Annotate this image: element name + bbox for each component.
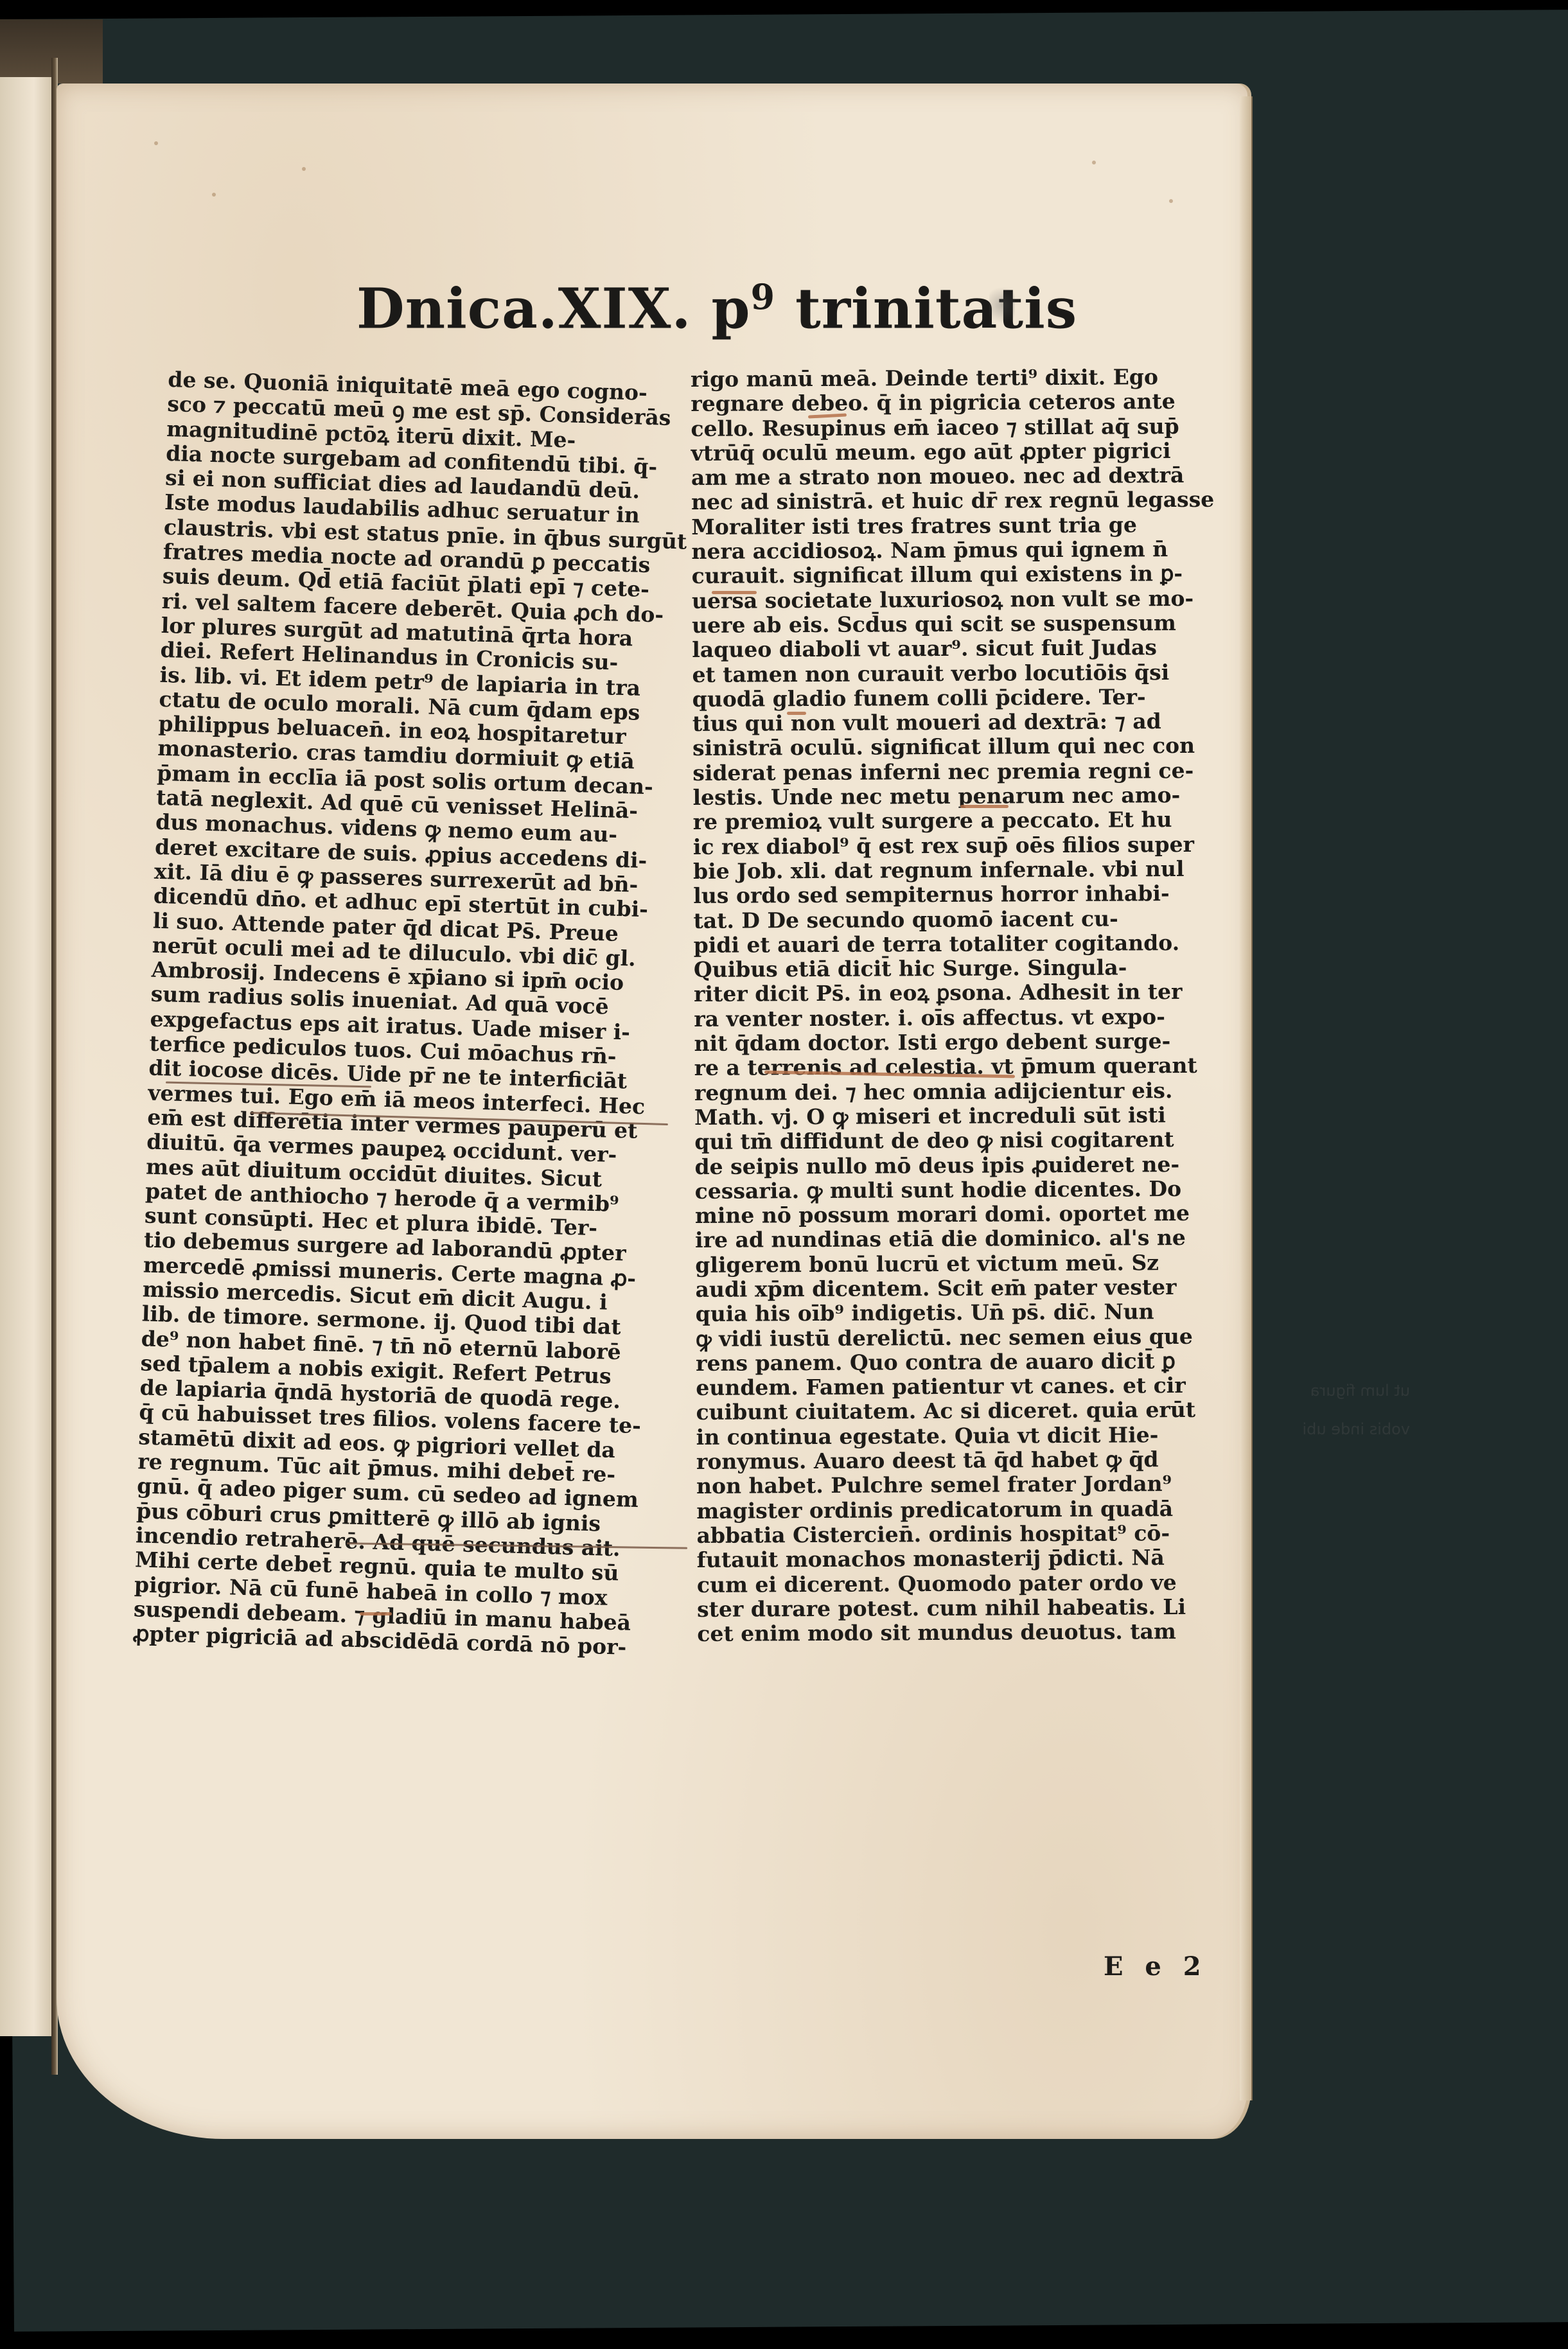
text-line: rigo manū meā. Deinde terti⁹ dixit. Ego	[691, 365, 1217, 392]
text-line: uere ab eis. Scd̄us qui scit se suspensu…	[692, 611, 1219, 638]
text-line: ronymus. Auaro deest tā q̄d habet ꝙ q̄d	[696, 1447, 1223, 1475]
text-line: tat. D De secundo quomō iacent cu-	[693, 906, 1220, 933]
text-line: audi xp̄m dicentem. Scit em̄ pater veste…	[695, 1275, 1222, 1303]
text-line: cuibunt ciuitatem. Ac si diceret. quia e…	[696, 1398, 1222, 1425]
foxing-spot	[212, 193, 216, 197]
foxing-spot	[1169, 199, 1173, 203]
text-line: ic rex diabol⁹ q̄ est rex sup̄ oēs filio…	[693, 832, 1220, 859]
text-line: quia his oīb⁹ indigetis. Un̄ ps̄. dic̄. …	[696, 1299, 1222, 1327]
text-line: lus ordo sed sempiternus horror inhabi-	[693, 881, 1220, 909]
foxing-spot	[154, 141, 158, 145]
text-line: Quibus etiā dicit̄ hic Surge. Singula-	[694, 955, 1220, 983]
text-line: am me a strato non moueo. nec ad dextrā	[691, 463, 1218, 491]
text-line: de seipis nullo mō deus ipis ꝓuideret ne…	[694, 1152, 1221, 1179]
text-line: pidi et auari de terra totaliter cogitan…	[694, 931, 1220, 958]
text-column-right: rigo manū meā. Deinde terti⁹ dixit. Egor…	[691, 365, 1224, 1647]
show-through-line: vobis inde ubi	[1243, 1410, 1410, 1448]
text-line: laqueo diaboli vt auar⁹. sicut fuit Juda…	[692, 635, 1219, 663]
text-line: nera accidiosoꝝ. Nam p̄mus qui ignem n̄	[691, 537, 1218, 565]
text-line: Moraliter isti tres fratres sunt tria ge	[691, 512, 1218, 540]
text-line: et tamen non curauit verbo locutiōis q̄s…	[692, 660, 1219, 687]
rubrication-mark	[960, 805, 1009, 808]
text-line: sinistrā oculū. significat illum qui nec…	[692, 734, 1219, 761]
rubrication-mark	[787, 712, 806, 715]
text-line: uersa societate luxuriosoꝝ non vult se m…	[692, 586, 1219, 613]
text-line: ra venter noster. i. oīs affectus. vt ex…	[694, 1004, 1220, 1032]
page-fore-edge	[1240, 96, 1253, 2100]
text-line: siderat penas inferni nec premia regni c…	[692, 758, 1219, 786]
text-line: regnum dei. ⁊ hec omnia adijcientur eis.	[694, 1078, 1221, 1105]
text-line: quodā gladio funem colli p̄cidere. Ter-	[692, 685, 1219, 712]
running-title: Dnica.XIX. p	[357, 277, 751, 342]
text-line: ꝙ vidi iustū derelictū. nec semen eius q…	[696, 1324, 1222, 1351]
text-line: abbatia Cistercien̄. ordinis hospitat⁹ c…	[696, 1521, 1223, 1549]
text-line: lestis. Unde nec metu penarum nec amo-	[692, 783, 1219, 811]
text-line: gligerem bonū lucrū et victum meū. Sz	[695, 1250, 1222, 1278]
text-column-left: de se. Quoniā iniquitatē meā ego cogno-s…	[132, 367, 688, 1660]
foxing-spot	[302, 167, 306, 171]
text-line: regnare debeo. q̄ in pigricia ceteros an…	[691, 389, 1217, 417]
text-line: eundem. Famen patientur vt canes. et cir	[696, 1373, 1222, 1401]
running-title-end: trinitatis	[775, 277, 1077, 342]
text-line: mine nō possum morari domi. oportet me	[695, 1201, 1222, 1229]
text-line: riter dicit Ps̄. in eoꝝ ꝑsona. Adhesit i…	[694, 980, 1220, 1007]
text-line: Math. vj. O ꝙ miseri et increduli sūt is…	[694, 1103, 1221, 1131]
text-line: nec ad sinistrā. et huic dr̄ rex regnū l…	[691, 488, 1218, 515]
text-line: qui tm̄ diffidunt de deo ꝙ nisi cogitare…	[694, 1127, 1221, 1155]
text-line: curauit. significat illum qui existens i…	[692, 561, 1219, 589]
text-line: futauit monachos monasterij p̄dicti. Nā	[697, 1545, 1224, 1573]
text-line: cet enim modo sit mundus deuotus. tam	[697, 1619, 1224, 1647]
running-header: Dnica.XIX. p9 trinitatis	[357, 276, 1077, 342]
text-line: rens panem. Quo contra de auaro dicit̄ ꝑ	[696, 1349, 1222, 1377]
text-line: cessaria. ꝙ multi sunt hodie dicentes. D…	[695, 1176, 1222, 1204]
running-title-superscript: 9	[751, 276, 776, 317]
signature-mark: E e 2	[1104, 1951, 1208, 1982]
show-through-line: ut lum figura	[1243, 1371, 1410, 1410]
text-line: ire ad nundinas etiā die dominico. al's …	[695, 1226, 1222, 1253]
text-line: cum ei dicerent. Quomodo pater ordo ve	[697, 1570, 1224, 1597]
foxing-spot	[1092, 161, 1096, 164]
text-line: vtrūq̄ oculū meum. ego aūt ꝓpter pigrici	[691, 439, 1218, 466]
text-line: magister ordinis predicatorum in quadā	[696, 1496, 1223, 1524]
ink-smudge	[989, 283, 1015, 328]
text-line: tius qui non vult moueri ad dextrā: ⁊ ad	[692, 709, 1219, 737]
show-through-marginalia: ut lum figura vobis inde ubi	[1243, 1371, 1410, 1448]
text-line: in continua egestate. Quia vt dicit Hie-	[696, 1422, 1223, 1450]
text-line: ster durare potest. cum nihil habeatis. …	[697, 1595, 1224, 1623]
text-line: nit q̄dam doctor. Isti ergo debent surge…	[694, 1029, 1220, 1057]
text-line: re premioꝝ vult surgere a peccato. Et hu	[693, 807, 1220, 835]
rubrication-mark	[712, 591, 757, 594]
text-line: bie Job. xli. dat regnum infernale. vbi …	[693, 857, 1220, 884]
text-line: non habet. Pulchre semel frater Jordan⁹	[696, 1472, 1223, 1499]
text-line: cello. Resupinus em̄ iaceo ⁊ stillat aq̄…	[691, 414, 1217, 441]
rubrication-mark	[360, 1612, 392, 1615]
facing-page-edge	[0, 77, 58, 2036]
